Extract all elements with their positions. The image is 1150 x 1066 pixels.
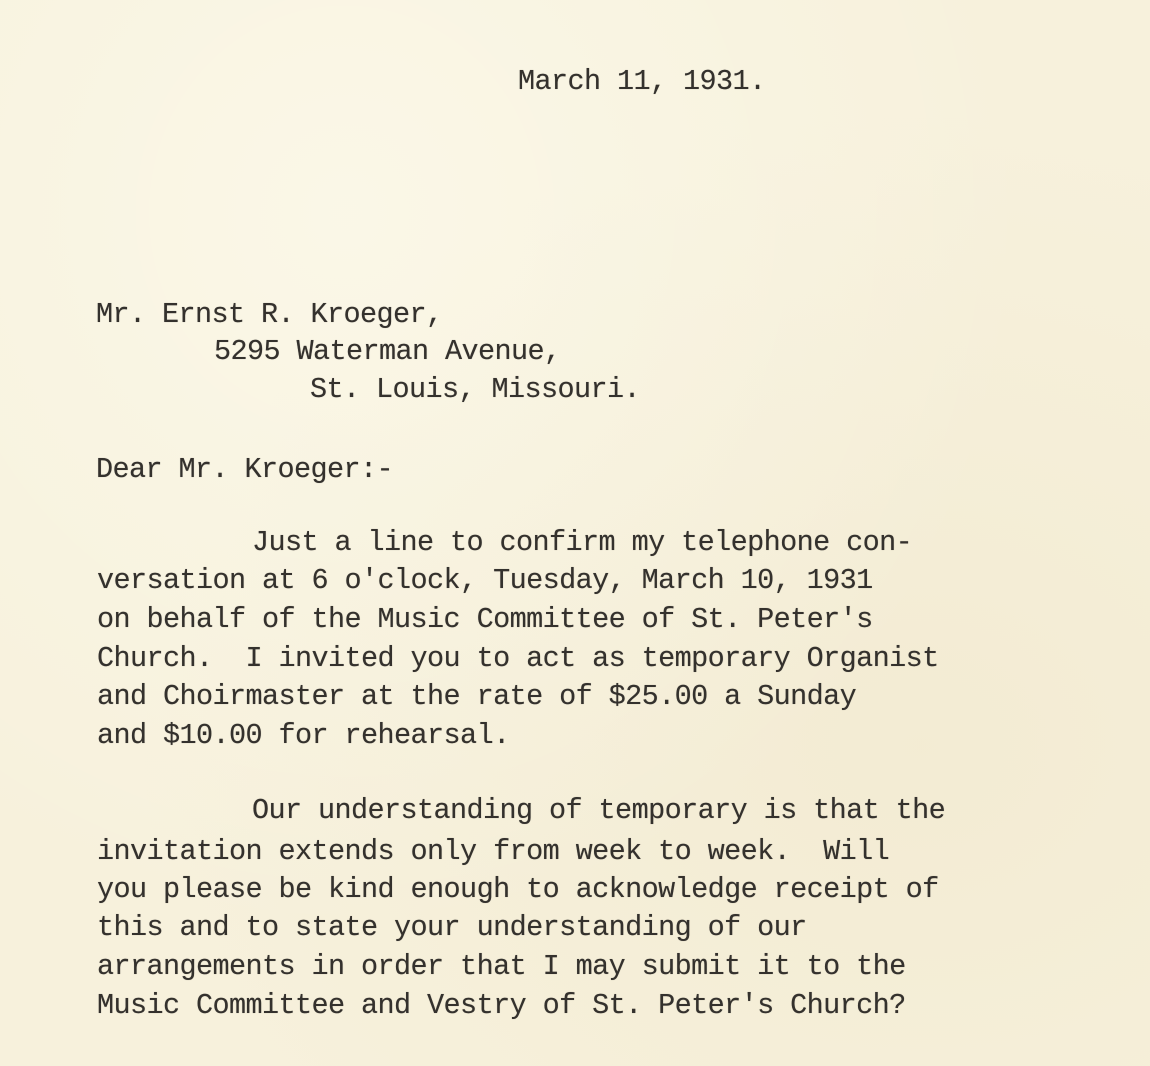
paragraph-line: Church. I invited you to act as temporar… — [97, 640, 939, 678]
letter-date: March 11, 1931. — [518, 63, 766, 101]
recipient-street: 5295 Waterman Avenue, — [214, 333, 561, 371]
recipient-city: St. Louis, Missouri. — [310, 371, 640, 409]
typewritten-letter: March 11, 1931. Mr. Ernst R. Kroeger, 52… — [0, 0, 1150, 1066]
paragraph-line: Just a line to confirm my telephone con- — [252, 524, 912, 562]
paragraph-line: you please be kind enough to acknowledge… — [97, 871, 939, 909]
salutation: Dear Mr. Kroeger:- — [96, 451, 393, 489]
paragraph-line: and Choirmaster at the rate of $25.00 a … — [97, 678, 856, 716]
paragraph-line: Music Committee and Vestry of St. Peter'… — [97, 987, 906, 1025]
paragraph-line: and $10.00 for rehearsal. — [97, 717, 510, 755]
paragraph-line: arrangements in order that I may submit … — [97, 948, 906, 986]
paragraph-line: Our understanding of temporary is that t… — [252, 792, 945, 830]
paragraph-line: this and to state your understanding of … — [97, 909, 807, 947]
paragraph-line: on behalf of the Music Committee of St. … — [97, 601, 873, 639]
recipient-name: Mr. Ernst R. Kroeger, — [96, 296, 443, 334]
paragraph-line: invitation extends only from week to wee… — [97, 833, 889, 871]
paragraph-line: versation at 6 o'clock, Tuesday, March 1… — [97, 562, 873, 600]
